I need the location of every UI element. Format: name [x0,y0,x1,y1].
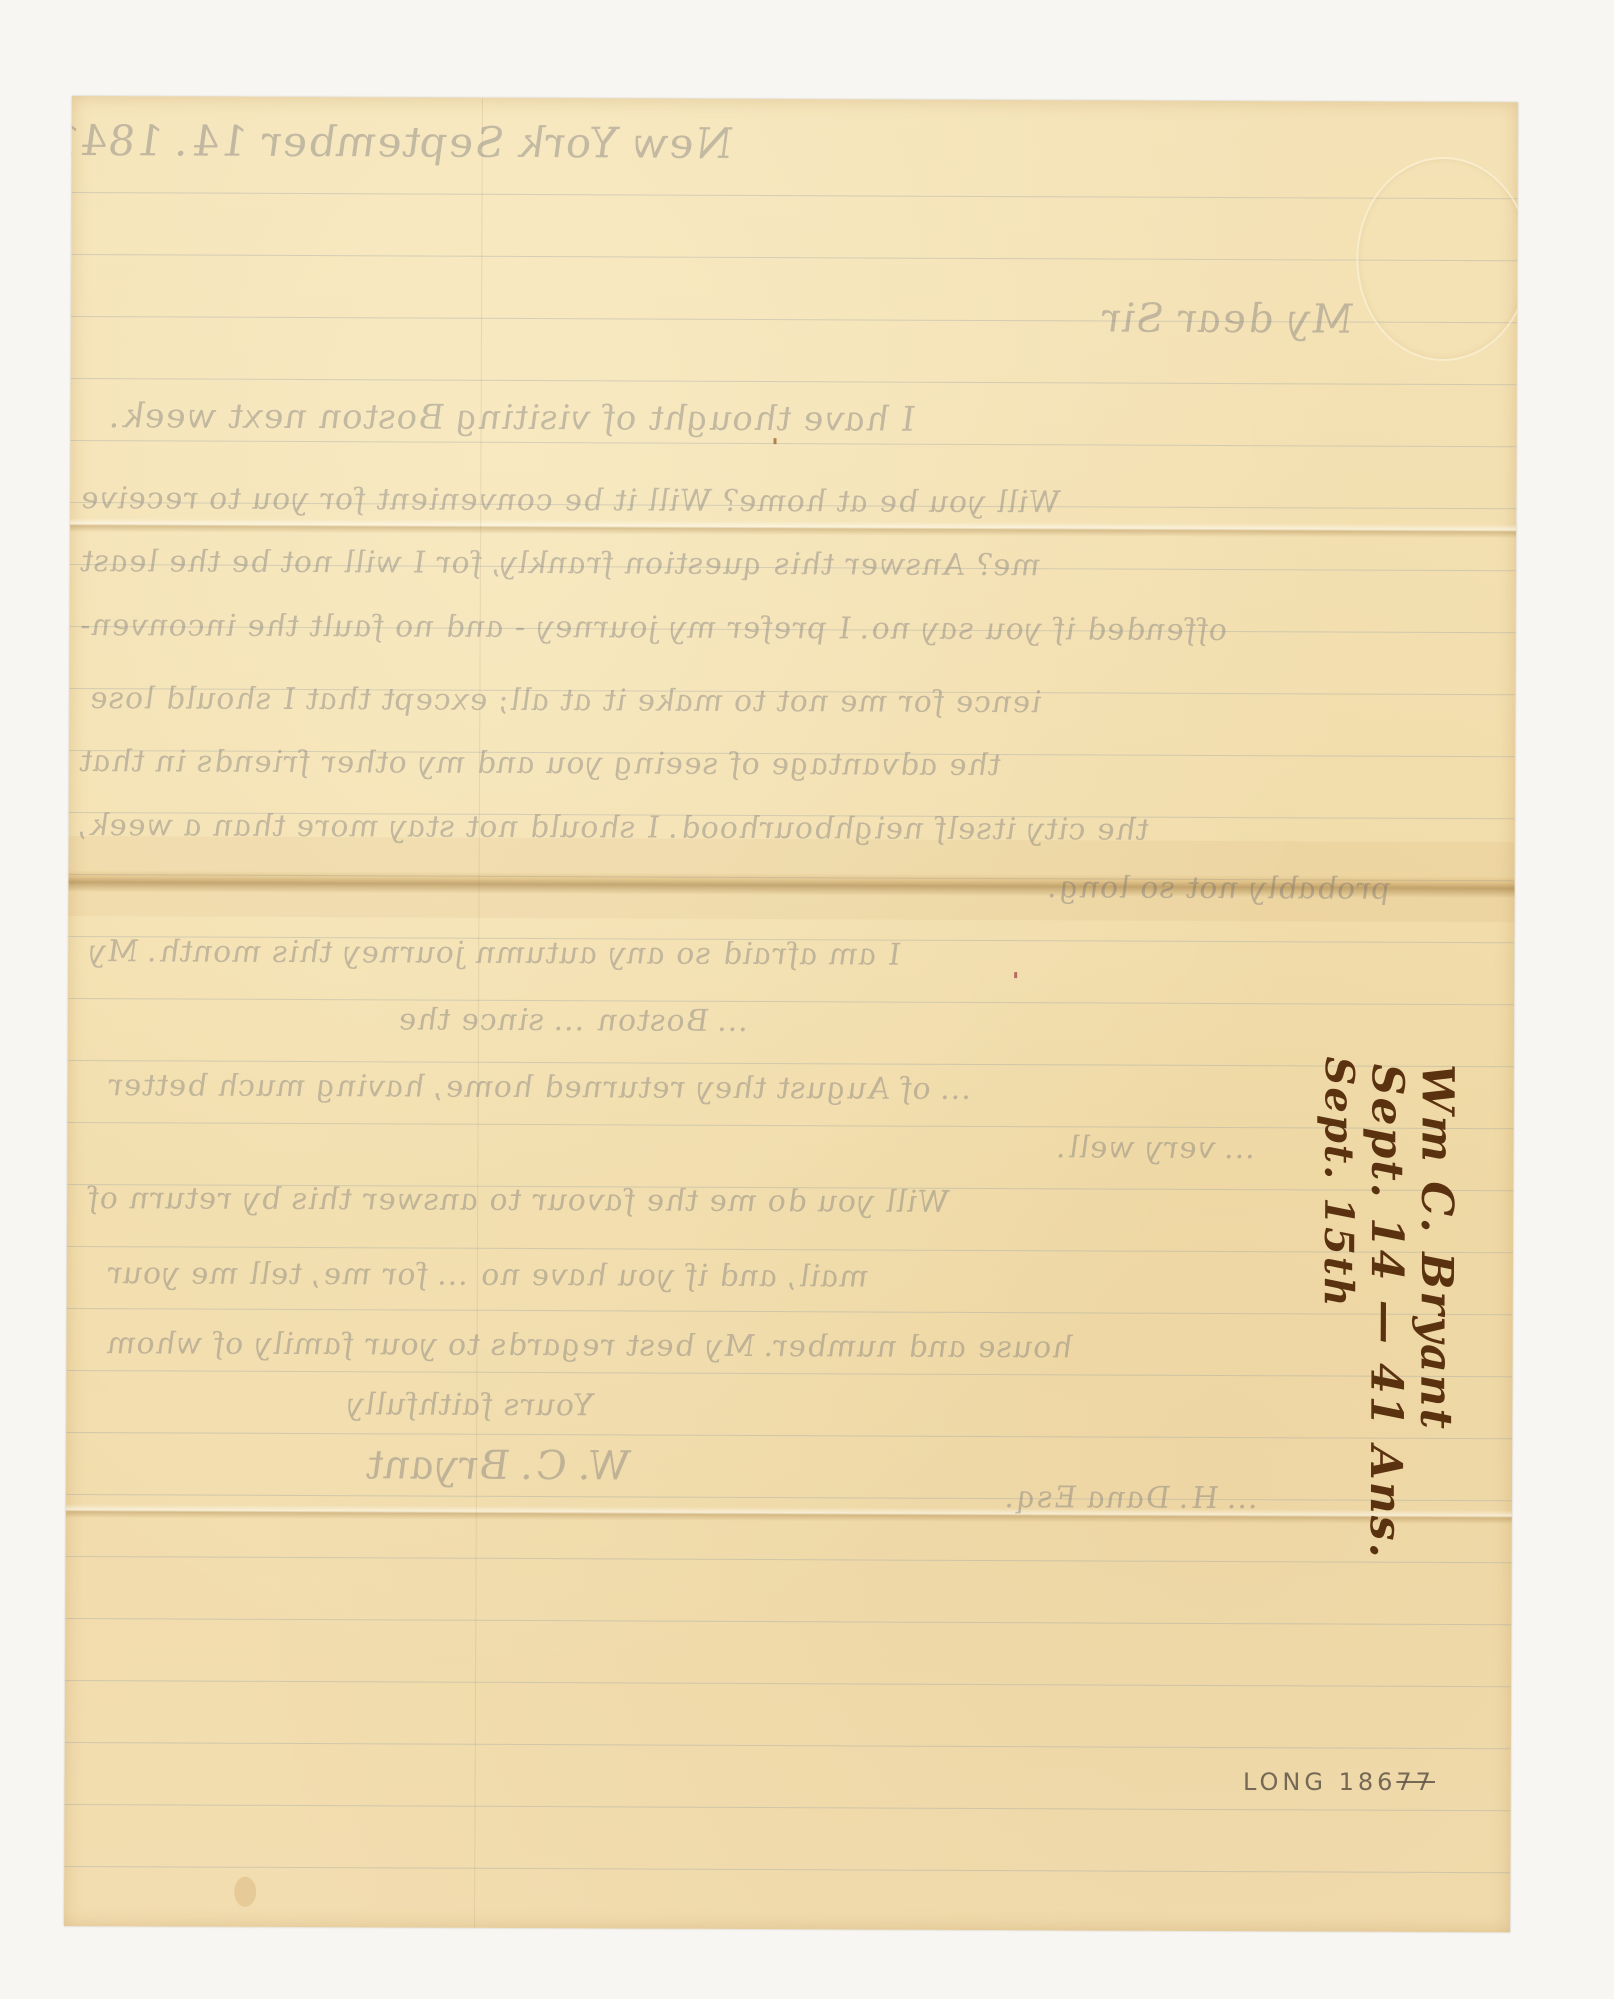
ruled-line [68,1122,1514,1129]
bleed-dateline: New York September 14. 1841 [64,116,740,168]
ruled-line [65,1742,1511,1749]
stain [234,1877,256,1907]
bleed-line: offended if you say no. I prefer my jour… [74,608,1233,648]
bleed-line: the city itself neighbourhood. I should … [73,808,1154,848]
docket-author: Wm C. Bryant [1410,1064,1463,1431]
bleed-salutation: My dear Sir [1093,296,1360,343]
ruled-line [66,1432,1512,1439]
ruled-line [66,1556,1512,1563]
ruled-line [72,192,1518,199]
catalog-label-prefix: LONG 186 [1243,1768,1396,1796]
ruled-line [68,998,1514,1005]
ruled-line [67,1246,1513,1253]
bleed-closing: Yours faithfully [341,1387,599,1423]
fold-crease [70,518,1516,538]
bleed-line: me? Answer this question frankly, for I … [74,544,1046,583]
ruled-line [70,440,1516,447]
embossed-stamp [1356,157,1518,362]
ruled-line [68,1060,1514,1067]
bleed-line: mail, and if you have no ... for me, tel… [101,1256,874,1294]
ruled-line [64,1866,1510,1873]
bleed-signature: W. C. Bryant [358,1442,636,1489]
bleed-line: ... of August they returned home, having… [102,1068,979,1107]
ruled-line [65,1680,1511,1687]
bleed-line: Will you be at home? Will it be convenie… [74,481,1064,520]
bleed-line: Will you do me the favour to answer this… [81,1181,953,1220]
bleed-line: probably not so long. [1043,870,1397,906]
bleed-line: I have thought of visiting Boston next w… [104,396,921,439]
ruled-line [66,1370,1512,1377]
ruled-line [65,1804,1511,1811]
fold-crease [66,1504,1512,1524]
catalog-label: LONG 18677 [1243,1768,1435,1796]
docket-dates: Sept. 14 — 41 Ans. [1360,1064,1413,1560]
bleed-line: the advantage of seeing you and my other… [73,744,1006,783]
bleed-line: I am afraid so any autumn journey this m… [83,934,906,972]
docket-answered: Sept. 15th [1315,1056,1363,1308]
bleed-line: ... very well. [1052,1130,1263,1166]
ink-spot [1014,972,1017,978]
bleed-line: ... Boston ... since the [392,1002,756,1038]
letter-sheet: New York September 14. 1841 My dear Sir … [64,96,1518,1932]
ruled-line [66,1494,1512,1501]
catalog-label-suffix: 77 [1396,1768,1435,1796]
ruled-line [67,1308,1513,1315]
ruled-line [71,378,1517,385]
bleed-line: house and number. My best regards to you… [101,1326,1078,1365]
ruled-line [65,1618,1511,1625]
bleed-addressee: ... H. Dana Esq. [1000,1480,1266,1516]
bleed-line: ience for me not to make it at all; exce… [84,681,1047,720]
ruled-line [71,254,1517,261]
